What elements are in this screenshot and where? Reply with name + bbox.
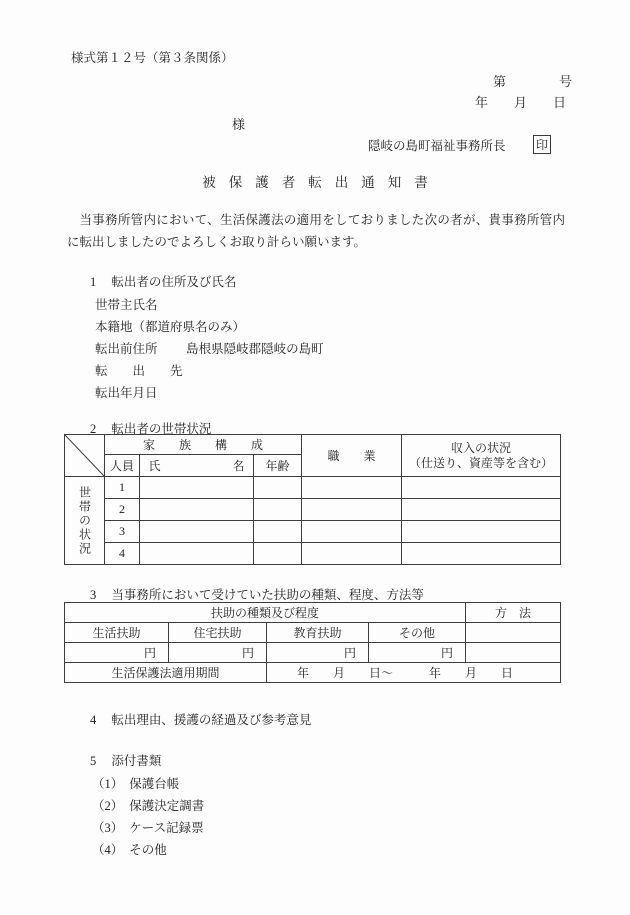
attachment-item-2: （2）保護決定調書 [92,795,204,817]
occupation-cell [302,499,402,521]
aid-type-table: 扶助の種類及び程度 方 法 生活扶助 住宅扶助 教育扶助 その他 円 円 円 円… [64,602,561,683]
name-cell [140,521,254,543]
household-row-4: 4 [65,543,561,565]
date-line: 年 月 日 [475,92,566,111]
aid-type-education: 教育扶助 [267,623,369,643]
attachment-item-3: （3）ケース記録票 [92,817,204,839]
doc-no-suffix: 号 [559,71,572,90]
aid-type-housing: 住宅扶助 [169,623,267,643]
household-status-vertical-label: 世帯の状況 [79,486,91,556]
document-number-line: 第 号 [493,71,572,90]
method-header: 方 法 [466,603,561,623]
amount-yen-cell: 円 [369,643,466,663]
section1-number: 1 [90,275,96,289]
seal-placeholder-box: 印 [533,135,551,154]
row-group-label-cell: 世帯の状況 [65,477,105,565]
member-header: 人員 [105,455,140,477]
occupation-cell [302,521,402,543]
age-cell [254,543,302,565]
attachment-item-4: （4）その他 [92,839,204,861]
member-number-cell: 4 [105,543,140,565]
aid-type-livelihood: 生活扶助 [65,623,169,643]
household-row-2: 2 [65,499,561,521]
age-cell [254,477,302,499]
issuer-line: 隠岐の島町福祉事務所長 印 [368,135,551,154]
period-value-cell: 年 月 日～ 年 月 日 [267,663,561,683]
occupation-cell [302,477,402,499]
field-moving-date: 転出年月日 [95,382,324,404]
section5-heading: 5 添付書類 [90,751,161,769]
section1-fields: 世帯主氏名 本籍地（都道府県名のみ） 転出前住所 島根県隠岐郡隠岐の島町 転 出… [95,294,324,404]
aid-kind-header: 扶助の種類及び程度 [65,603,466,623]
document-page: 様式第１２号（第３条関係） 第 号 年 月 日 様 隠岐の島町福祉事務所長 印 … [0,0,630,915]
name-cell [140,499,254,521]
section4-number: 4 [90,713,96,727]
doc-no-prefix: 第 [493,71,506,90]
date-month-label: 月 [514,92,527,111]
income-cell [402,521,561,543]
household-row-3: 3 [65,521,561,543]
section3-heading: 3 当事務所において受けていた扶助の種類、程度、方法等 [90,585,424,603]
field-householder-name: 世帯主氏名 [95,294,324,316]
member-number-cell: 3 [105,521,140,543]
section4-title: 転出理由、援護の経過及び参考意見 [111,713,311,727]
occupation-cell [302,543,402,565]
issuer-title: 隠岐の島町福祉事務所長 [368,136,506,154]
amount-yen-cell: 円 [169,643,267,663]
section1-heading: 1 転出者の住所及び氏名 [90,272,236,290]
amount-yen-cell: 円 [65,643,169,663]
field-destination: 転 出 先 [95,360,324,382]
income-cell [402,499,561,521]
member-number-cell: 2 [105,499,140,521]
section4-heading: 4 転出理由、援護の経過及び参考意見 [90,710,311,728]
occupation-header: 職 業 [302,435,402,477]
income-cell [402,477,561,499]
body-paragraph: 当事務所管内において、生活保護法の適用をしておりました次の者が、貴事務所管内に転… [67,209,565,253]
income-header: 収入の状況 （仕送り、資産等を含む） [402,435,561,477]
date-day-label: 日 [553,92,566,111]
income-cell [402,543,561,565]
household-row-1: 世帯の状況 1 [65,477,561,499]
period-label-cell: 生活保護法適用期間 [65,663,267,683]
name-cell [140,543,254,565]
form-number: 様式第１２号（第３条関係） [71,48,234,66]
field-registered-domicile: 本籍地（都道府県名のみ） [95,316,324,338]
addressee-suffix: 様 [232,114,245,133]
age-header: 年齢 [254,455,302,477]
section3-title: 当事務所において受けていた扶助の種類、程度、方法等 [111,588,424,602]
section3-number: 3 [90,588,96,602]
name-cell [140,477,254,499]
method-cell [466,643,561,663]
aid-type-other: その他 [369,623,466,643]
name-header: 氏 名 [140,455,254,477]
document-title: 被保護者転出通知書 [0,171,630,191]
attachment-list: （1）保護台帳 （2）保護決定調書 （3）ケース記録票 （4）その他 [92,773,204,861]
household-status-table: 家 族 構 成 職 業 収入の状況 （仕送り、資産等を含む） 人員 氏 名 年齢… [64,434,561,565]
family-composition-header: 家 族 構 成 [105,435,302,455]
corner-diagonal-cell [65,435,105,477]
member-number-cell: 1 [105,477,140,499]
diagonal-line-icon [65,435,104,476]
seal-label: 印 [536,136,548,153]
method-cell [466,623,561,643]
age-cell [254,499,302,521]
age-cell [254,521,302,543]
section1-title: 転出者の住所及び氏名 [111,275,236,289]
section5-number: 5 [90,754,96,768]
field-previous-address: 転出前住所 島根県隠岐郡隠岐の島町 [95,338,324,360]
section5-title: 添付書類 [111,754,161,768]
date-year-label: 年 [475,92,488,111]
amount-yen-cell: 円 [267,643,369,663]
attachment-item-1: （1）保護台帳 [92,773,204,795]
